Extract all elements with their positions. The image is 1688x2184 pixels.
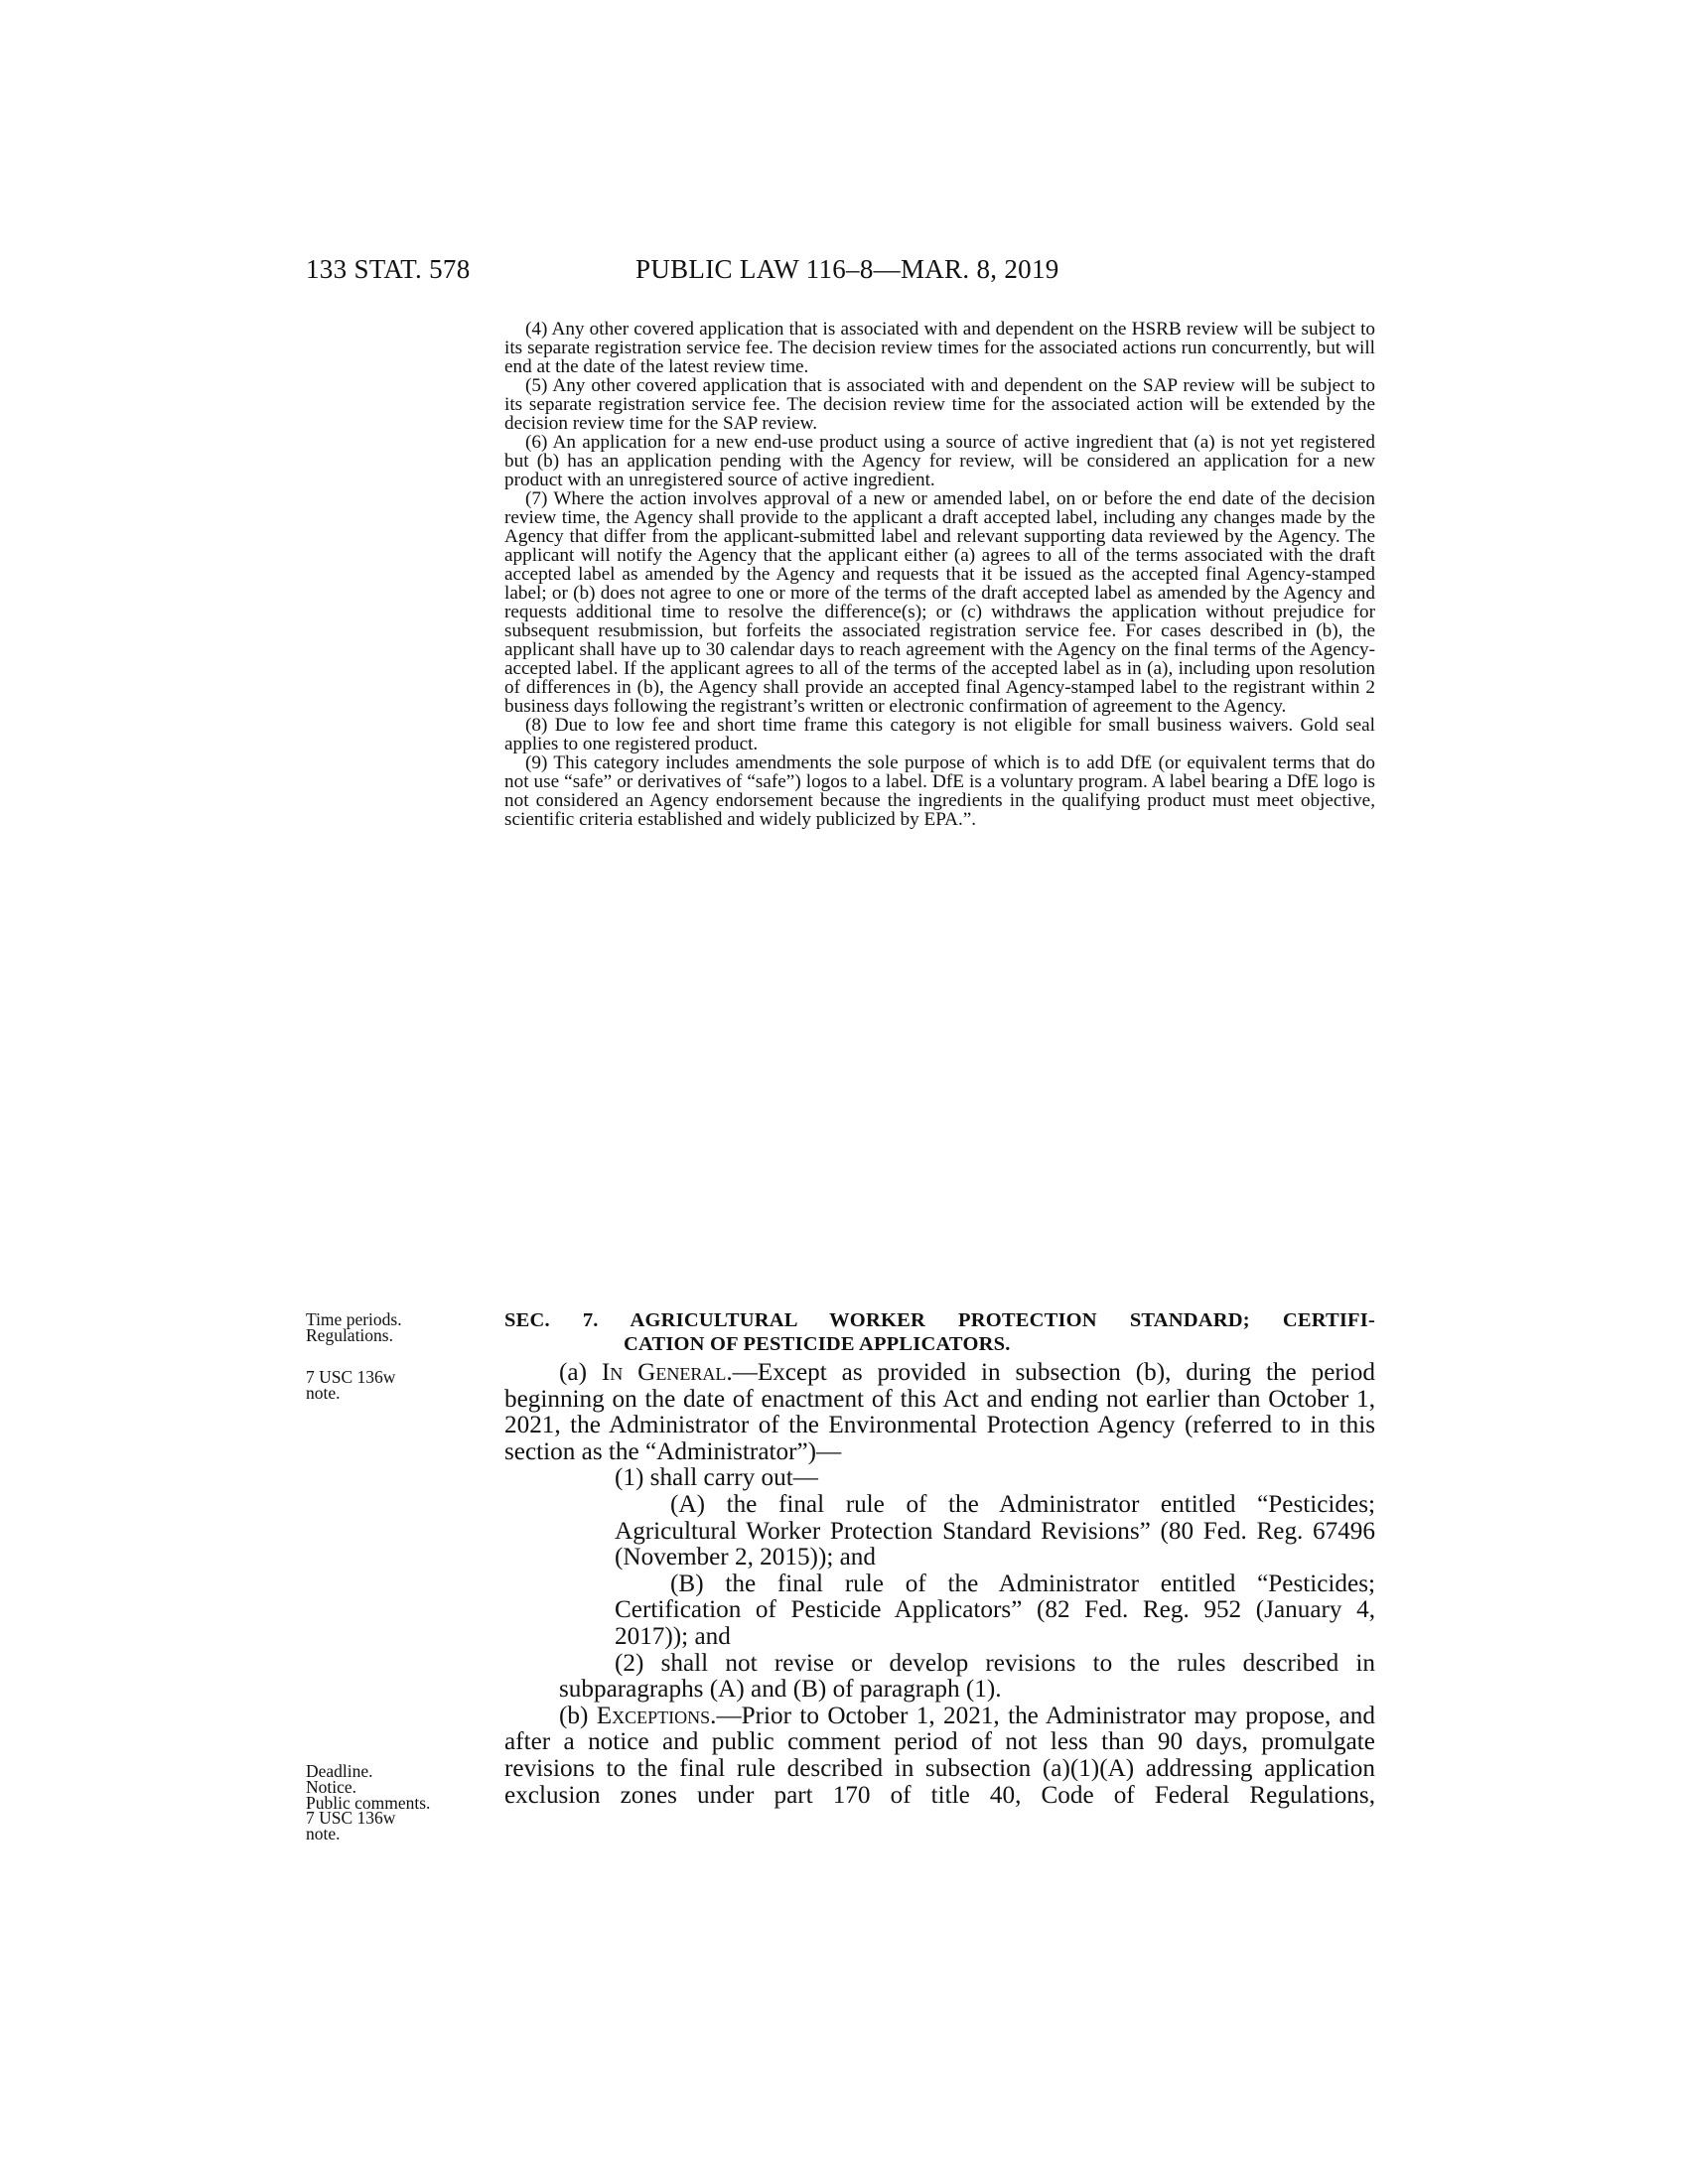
document-page: 133 STAT. 578 PUBLIC LAW 116–8—MAR. 8, 2… <box>0 0 1688 2184</box>
section-heading-line-1: SEC. 7. AGRICULTURAL WORKER PROTECTION S… <box>504 1308 1375 1332</box>
note-paragraph-7: (7) Where the action involves approval o… <box>504 489 1375 716</box>
subsection-a: (a) In General.—Except as provided in su… <box>504 1360 1375 1465</box>
margin-note-usc-citation: 7 USC 136w note. <box>306 1370 485 1402</box>
fee-category-notes: (4) Any other covered application that i… <box>504 320 1375 829</box>
note-paragraph-8: (8) Due to low fee and short time frame … <box>504 716 1375 753</box>
subsection-b: (b) Exceptions.—Prior to October 1, 2021… <box>504 1704 1375 1809</box>
statute-page-number: 133 STAT. 578 <box>306 254 471 285</box>
paragraph-2: (2) shall not revise or develop revision… <box>504 1651 1375 1704</box>
paragraph-1: (1) shall carry out— <box>504 1465 1375 1492</box>
margin-note-time-periods: Time periods. Regulations. <box>306 1312 485 1344</box>
section-heading: SEC. 7. AGRICULTURAL WORKER PROTECTION S… <box>504 1308 1375 1356</box>
subsection-a-heading: In General <box>602 1359 726 1386</box>
note-paragraph-5: (5) Any other covered application that i… <box>504 376 1375 433</box>
section-heading-line-2: CATION OF PESTICIDE APPLICATORS. <box>504 1332 1375 1356</box>
note-paragraph-6: (6) An application for a new end-use pro… <box>504 433 1375 489</box>
margin-note-deadline: Deadline. Notice. Public comments. 7 USC… <box>306 1764 485 1843</box>
subsection-b-heading: Exceptions <box>597 1703 710 1729</box>
note-paragraph-9: (9) This category includes amendments th… <box>504 753 1375 829</box>
subparagraph-B: (B) the final rule of the Administrator … <box>504 1571 1375 1651</box>
subparagraph-A: (A) the final rule of the Administrator … <box>504 1492 1375 1571</box>
note-paragraph-4: (4) Any other covered application that i… <box>504 320 1375 376</box>
running-header: 133 STAT. 578 PUBLIC LAW 116–8—MAR. 8, 2… <box>306 254 1199 290</box>
section-body: (a) In General.—Except as provided in su… <box>504 1360 1375 1809</box>
public-law-title: PUBLIC LAW 116–8—MAR. 8, 2019 <box>635 254 1059 285</box>
